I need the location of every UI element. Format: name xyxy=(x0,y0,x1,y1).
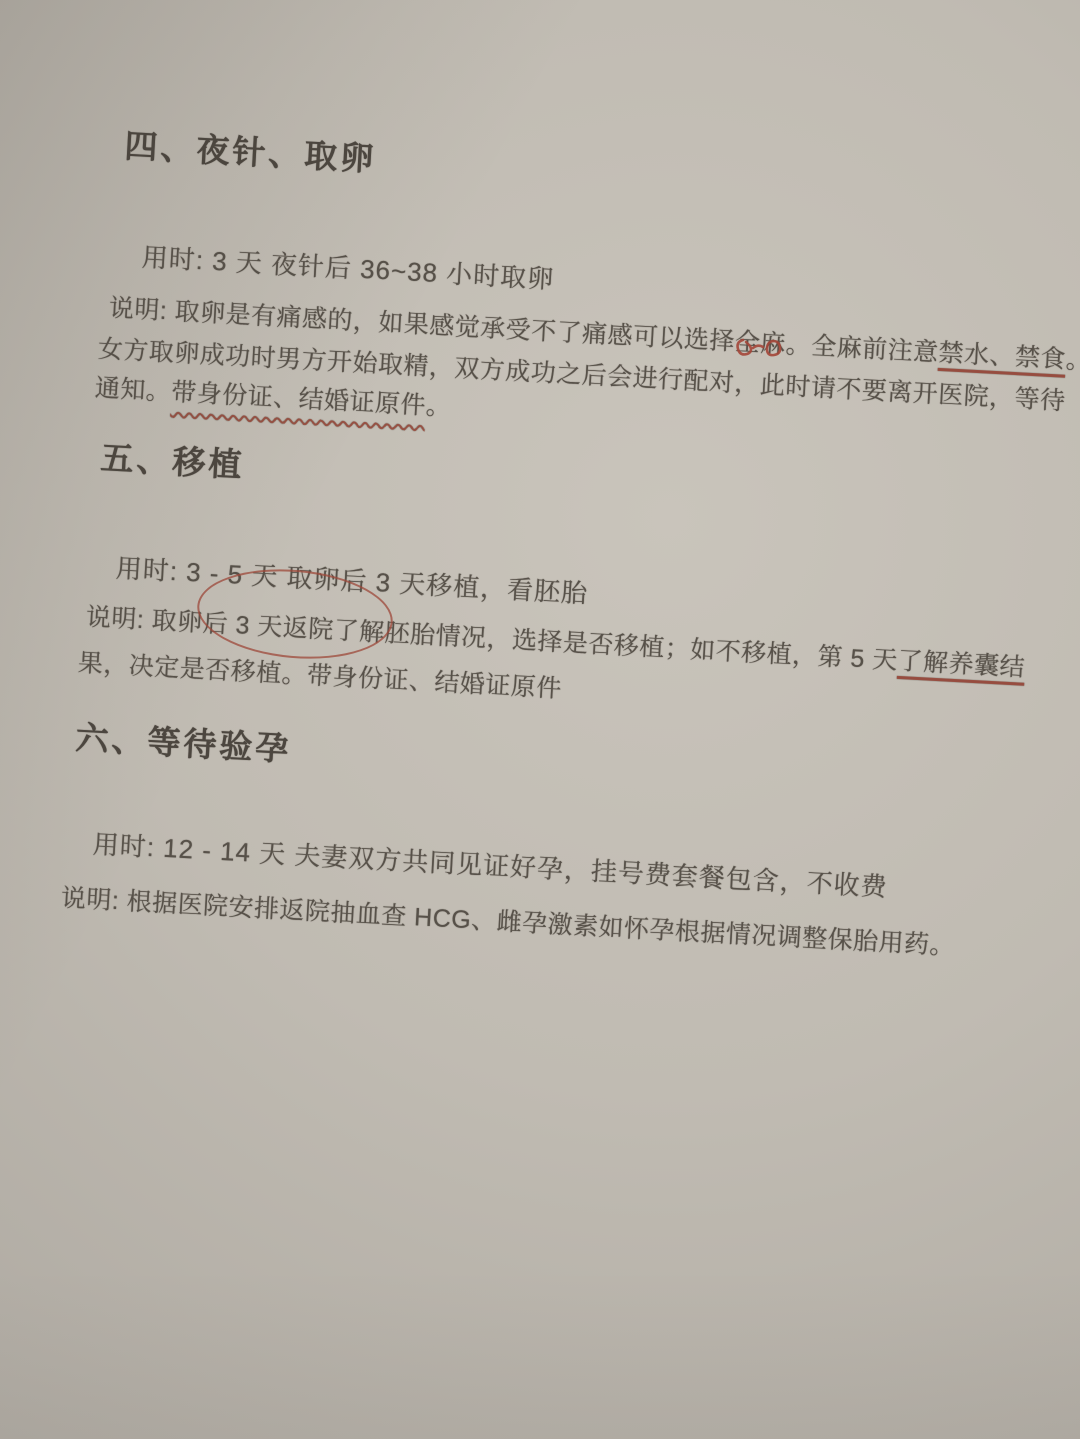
duration-line: 用时: 3 天 夜针后 36~38 小时取卵 xyxy=(141,237,555,296)
section-heading: 四、夜针、取卵 xyxy=(123,120,377,181)
red-underlined-text-blastocyst: 了解养囊结 xyxy=(897,647,1026,682)
text-run: 。 xyxy=(425,392,452,421)
red-underlined-text-fasting: 禁水、禁食 xyxy=(938,339,1067,374)
section-heading: 五、移植 xyxy=(99,432,245,487)
red-wavy-underlined-text-documents: 带身份证、结婚证原件 xyxy=(171,378,427,420)
paper-document-photo: 四、夜针、取卵 用时: 3 天 夜针后 36~38 小时取卵 说明: 取卵是有痛… xyxy=(0,0,1080,1439)
duration-line: 用时: 3 - 5 天 取卵后 3 天移植，看胚胎 xyxy=(115,548,589,611)
text-run: 。 xyxy=(1065,346,1080,375)
red-scribble-annotation xyxy=(733,334,789,360)
section-heading: 六、等待验孕 xyxy=(74,712,292,771)
text-run: 说明: 取卵 xyxy=(85,603,203,637)
red-circled-text-return-day3: 后 3 天返院了 xyxy=(202,609,360,645)
text-run: 通知。 xyxy=(94,374,172,406)
